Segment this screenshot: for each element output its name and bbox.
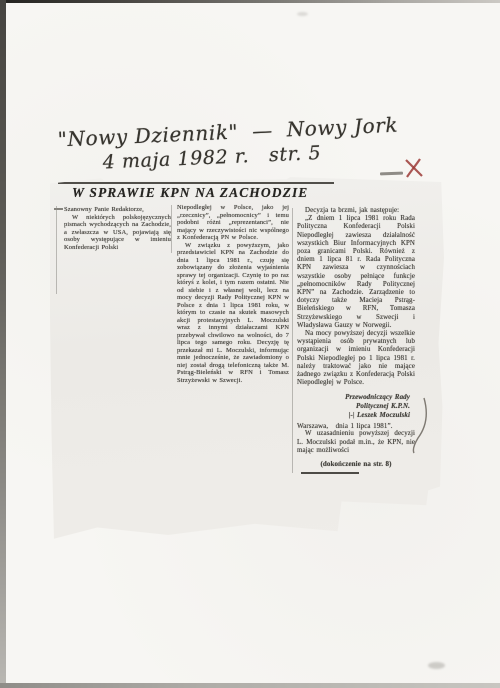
newspaper-clipping: W SPRAWIE KPN NA ZACHODZIE Szanowny Pani… [50,176,444,548]
paragraph: „Z dniem 1 lipca 1981 roku Rada Politycz… [297,215,415,330]
article-end-rule [301,472,359,474]
column-rule-3 [292,208,293,473]
signature-name-line: |-| Leszek Moczulski [297,411,410,420]
paragraph: Szanowny Panie Redaktorze, [64,206,171,214]
signature-org-line: Politycznej K.P.N. [297,402,410,411]
paragraph: W związku z powyższym, jako przedstawici… [177,242,289,385]
place-date-line: Warszawa, dnia 1 lipca 1981”. [297,422,415,430]
paragraph: Decyzja ta brzmi, jak następuje: [297,207,415,215]
article-headline: W SPRAWIE KPN NA ZACHODZIE [72,185,372,201]
signature-block: Przewodniczący Rady Politycznej K.P.N. |… [297,393,415,419]
headline-top-rule [58,182,334,184]
paragraph: Na mocy powyższej decyzji wszelkie wystą… [297,330,415,387]
red-x-icon [402,156,426,180]
article-column-2: Niepodległej w Polsce, jako jej „rzeczni… [177,204,289,384]
scan-smudge [428,662,445,669]
scan-edge-left [0,0,6,688]
column-rule-left [56,206,57,294]
pen-stroke-mark [408,396,430,456]
paragraph: Niepodległej w Polsce, jako jej „rzeczni… [177,204,289,242]
scan-smudge [297,12,308,16]
article-column-1: Szanowny Panie Redaktorze, W niektórych … [64,206,171,251]
paragraph: W uzasadnieniu powyższej decyzji L. Mocz… [297,430,415,455]
column-rule-2 [171,205,172,253]
scan-edge-bottom [0,683,500,688]
article-column-3: Decyzja ta brzmi, jak następuje: „Z dnie… [297,207,415,474]
scan-edge-top [0,0,500,3]
scanned-page: "Nowy Dziennik" — Nowy Jork 4 maja 1982 … [0,0,500,688]
handwritten-annotation: "Nowy Dziennik" — Nowy Jork 4 maja 1982 … [57,113,399,176]
pencil-dash-mark [380,172,403,175]
paragraph: W niektórych polskojęzycznych pismach wy… [64,214,171,252]
signature-title-line: Przewodniczący Rady [297,393,410,402]
continuation-note: (dokończenie na str. 8) [297,460,415,468]
